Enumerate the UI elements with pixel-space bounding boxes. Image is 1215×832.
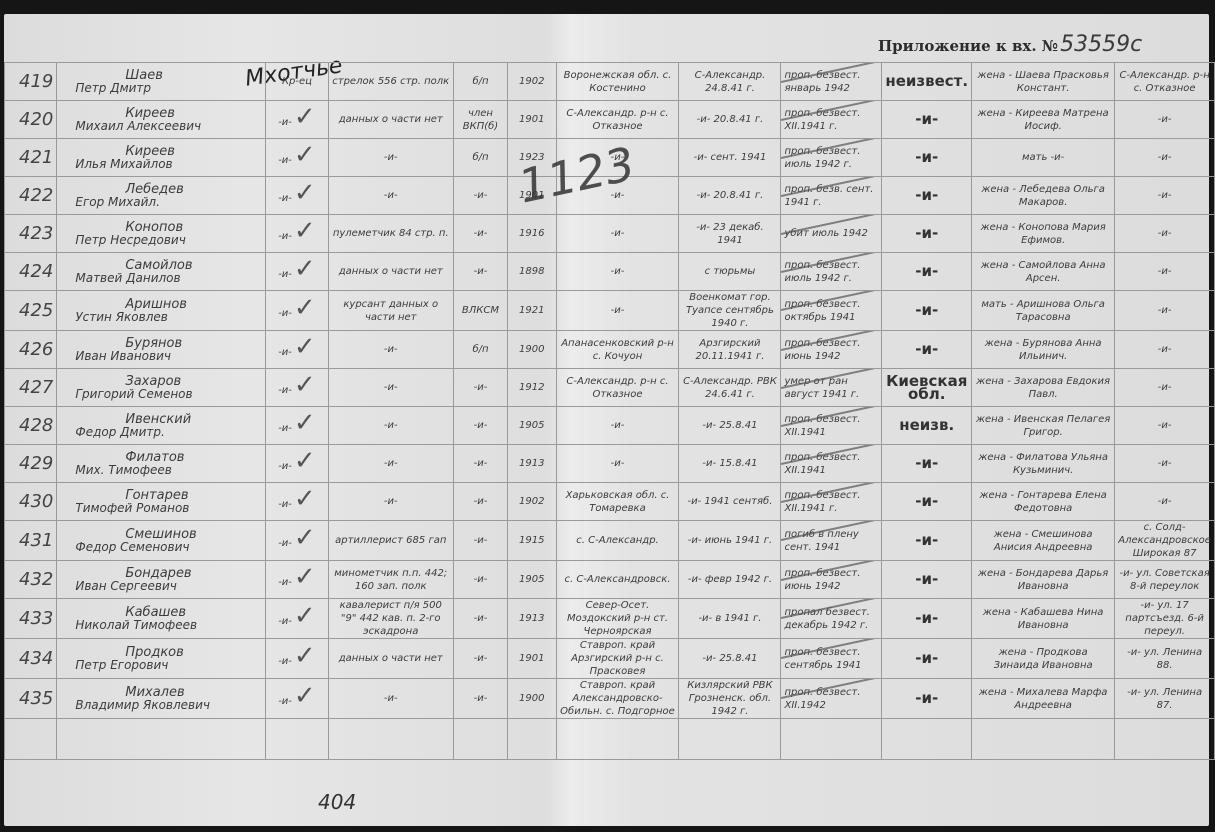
checkmark-icon: ✓ bbox=[294, 293, 316, 323]
note-cell: -и- bbox=[882, 679, 972, 719]
birth-year: 1901 bbox=[508, 639, 557, 679]
fate-cell: пропал безвест. декабрь 1942 г. bbox=[781, 599, 882, 639]
table-row: 433КабашевНиколай Тимофеев-и-✓кавалерист… bbox=[5, 599, 1215, 639]
unit-cell: артиллерист 685 гап bbox=[328, 521, 453, 561]
given-name: Григорий Семенов bbox=[75, 387, 192, 401]
table-row: 430ГонтаревТимофей Романов-и-✓-и--и-1902… bbox=[5, 483, 1215, 521]
note-cell: -и- bbox=[882, 639, 972, 679]
rank-cell: -и-✓ bbox=[266, 253, 328, 291]
rank-cell: -и-✓ bbox=[266, 639, 328, 679]
birthplace-cell: Север-Осет. Моздокский р-н ст. Черноярск… bbox=[556, 599, 679, 639]
soldier-name: СамойловМатвей Данилов bbox=[57, 253, 266, 291]
birth-year: 1905 bbox=[508, 561, 557, 599]
rank-cell: -и-✓ bbox=[266, 177, 328, 215]
fate-cell: погиб в плену сент. 1941 bbox=[781, 521, 882, 561]
birthplace-cell: Апанасенковский р-н с. Кочуон bbox=[556, 331, 679, 369]
empty-cell bbox=[972, 719, 1115, 760]
drafted-cell: -и- 25.8.41 bbox=[679, 407, 781, 445]
rank-text: -и- bbox=[278, 347, 292, 358]
checkmark-icon: ✓ bbox=[294, 562, 316, 592]
note-cell: -и- bbox=[882, 177, 972, 215]
empty-cell bbox=[882, 719, 972, 760]
birthplace-cell: -и- bbox=[556, 291, 679, 331]
soldier-name: ФилатовМих. Тимофеев bbox=[57, 445, 266, 483]
drafted-cell: -и- сент. 1941 bbox=[679, 139, 781, 177]
row-number: 427 bbox=[5, 369, 57, 407]
footer-number: 404 bbox=[318, 790, 356, 814]
row-number: 422 bbox=[5, 177, 57, 215]
party-cell: -и- bbox=[453, 639, 507, 679]
address-cell: -и- ул. Советская 8-й переулок bbox=[1115, 561, 1215, 599]
unit-cell: стрелок 556 стр. полк bbox=[328, 63, 453, 101]
address-cell: С-Александр. р-н с. Отказное bbox=[1115, 63, 1215, 101]
party-cell: -и- bbox=[453, 215, 507, 253]
checkmark-icon: ✓ bbox=[294, 446, 316, 476]
checkmark-icon: ✓ bbox=[294, 523, 316, 553]
birth-year: 1916 bbox=[508, 215, 557, 253]
drafted-cell: Кизлярский РВК Грозненск. обл. 1942 г. bbox=[679, 679, 781, 719]
relative-cell: жена - Филатова Ульяна Кузьминич. bbox=[972, 445, 1115, 483]
relative-cell: жена - Продкова Зинаида Ивановна bbox=[972, 639, 1115, 679]
checkmark-icon: ✓ bbox=[294, 254, 316, 284]
note-cell: -и- bbox=[882, 101, 972, 139]
relative-cell: жена - Киреева Матрена Иосиф. bbox=[972, 101, 1115, 139]
soldier-name: МихалевВладимир Яковлевич bbox=[57, 679, 266, 719]
party-cell: -и- bbox=[453, 369, 507, 407]
soldier-name: ЗахаровГригорий Семенов bbox=[57, 369, 266, 407]
rank-text: -и- bbox=[278, 423, 292, 434]
row-number: 428 bbox=[5, 407, 57, 445]
rank-text: -и- bbox=[278, 656, 292, 667]
unit-cell: -и- bbox=[328, 369, 453, 407]
empty-cell bbox=[57, 719, 266, 760]
checkmark-icon: ✓ bbox=[294, 102, 316, 132]
table-row: 432БондаревИван Сергеевич-и-✓минометчик … bbox=[5, 561, 1215, 599]
unit-cell: -и- bbox=[328, 679, 453, 719]
table-row: 419ШаевПетр ДмитрКр-ецстрелок 556 стр. п… bbox=[5, 63, 1215, 101]
unit-cell: -и- bbox=[328, 177, 453, 215]
rank-cell: -и-✓ bbox=[266, 215, 328, 253]
address-cell: с. Солд-Александровское Широкая 87 bbox=[1115, 521, 1215, 561]
row-number: 431 bbox=[5, 521, 57, 561]
unit-cell: -и- bbox=[328, 331, 453, 369]
rank-cell: -и-✓ bbox=[266, 483, 328, 521]
fate-cell: проп. безвест. XII.1941 г. bbox=[781, 101, 882, 139]
given-name: Иван Иванович bbox=[75, 349, 171, 363]
row-number: 421 bbox=[5, 139, 57, 177]
given-name: Илья Михайлов bbox=[75, 157, 172, 171]
fate-cell: проп. безвест. сентябрь 1941 bbox=[781, 639, 882, 679]
drafted-cell: Военкомат гор. Туапсе сентябрь 1940 г. bbox=[679, 291, 781, 331]
checkmark-icon: ✓ bbox=[294, 332, 316, 362]
party-cell: член ВКП(б) bbox=[453, 101, 507, 139]
given-name: Владимир Яковлевич bbox=[75, 698, 210, 712]
address-cell: -и- bbox=[1115, 291, 1215, 331]
note-cell: -и- bbox=[882, 253, 972, 291]
address-cell: -и- bbox=[1115, 253, 1215, 291]
empty-cell bbox=[679, 719, 781, 760]
rank-text: -и- bbox=[278, 231, 292, 242]
row-number: 423 bbox=[5, 215, 57, 253]
soldier-name: СмешиновФедор Семенович bbox=[57, 521, 266, 561]
relative-cell: жена - Лебедева Ольга Макаров. bbox=[972, 177, 1115, 215]
given-name: Петр Егорович bbox=[75, 658, 168, 672]
drafted-cell: С-Александр. 24.8.41 г. bbox=[679, 63, 781, 101]
empty-cell bbox=[453, 719, 507, 760]
drafted-cell: С-Александр. РВК 24.6.41 г. bbox=[679, 369, 781, 407]
drafted-cell: -и- февр 1942 г. bbox=[679, 561, 781, 599]
rank-text: -и- bbox=[278, 461, 292, 472]
fate-cell: проп. безвест. XII.1941 г. bbox=[781, 483, 882, 521]
address-cell: -и- bbox=[1115, 101, 1215, 139]
fate-cell: проп. безвест. июль 1942 г. bbox=[781, 139, 882, 177]
birth-year: 1902 bbox=[508, 483, 557, 521]
row-number: 425 bbox=[5, 291, 57, 331]
given-name: Петр Дмитр bbox=[75, 81, 151, 95]
drafted-cell: -и- 1941 сентяб. bbox=[679, 483, 781, 521]
rank-cell: -и-✓ bbox=[266, 139, 328, 177]
unit-cell: курсант данных о части нет bbox=[328, 291, 453, 331]
birth-year: 1898 bbox=[508, 253, 557, 291]
unit-cell: данных о части нет bbox=[328, 253, 453, 291]
fate-cell: проп. безвест. июнь 1942 bbox=[781, 561, 882, 599]
fate-cell: проп. безвест. XII.1942 bbox=[781, 679, 882, 719]
rank-text: -и- bbox=[278, 269, 292, 280]
soldier-name: ЛебедевЕгор Михайл. bbox=[57, 177, 266, 215]
birth-year: 1912 bbox=[508, 369, 557, 407]
checkmark-icon: ✓ bbox=[294, 601, 316, 631]
relative-cell: жена - Ивенская Пелагея Григор. bbox=[972, 407, 1115, 445]
rank-cell: -и-✓ bbox=[266, 331, 328, 369]
drafted-cell: Арзгирский 20.11.1941 г. bbox=[679, 331, 781, 369]
drafted-cell: -и- в 1941 г. bbox=[679, 599, 781, 639]
fate-cell: проп. безвест. октябрь 1941 bbox=[781, 291, 882, 331]
note-cell: -и- bbox=[882, 215, 972, 253]
birthplace-cell: Ставроп. край Александровско-Обильн. с. … bbox=[556, 679, 679, 719]
party-cell: -и- bbox=[453, 561, 507, 599]
given-name: Михаил Алексеевич bbox=[75, 119, 201, 133]
row-number: 424 bbox=[5, 253, 57, 291]
note-cell: -и- bbox=[882, 445, 972, 483]
address-cell: -и- bbox=[1115, 139, 1215, 177]
row-number: 419 bbox=[5, 63, 57, 101]
address-cell: -и- ул. Ленина 88. bbox=[1115, 639, 1215, 679]
empty-cell bbox=[328, 719, 453, 760]
party-cell: -и- bbox=[453, 483, 507, 521]
birth-year: 1900 bbox=[508, 679, 557, 719]
rank-text: -и- bbox=[278, 155, 292, 166]
birthplace-cell: -и- bbox=[556, 253, 679, 291]
unit-cell: кавалерист п/я 500 "9" 442 кав. п. 2-го … bbox=[328, 599, 453, 639]
unit-cell: -и- bbox=[328, 445, 453, 483]
party-cell: -и- bbox=[453, 599, 507, 639]
given-name: Матвей Данилов bbox=[75, 271, 180, 285]
soldier-name: КоноповПетр Несредович bbox=[57, 215, 266, 253]
drafted-cell: -и- 15.8.41 bbox=[679, 445, 781, 483]
given-name: Егор Михайл. bbox=[75, 195, 160, 209]
document-header: Приложение к вх. №53559с bbox=[878, 32, 1142, 57]
empty-cell bbox=[266, 719, 328, 760]
drafted-cell: -и- 23 декаб. 1941 bbox=[679, 215, 781, 253]
table-row: 425АришновУстин Яковлев-и-✓курсант данны… bbox=[5, 291, 1215, 331]
address-cell: -и- bbox=[1115, 445, 1215, 483]
fate-cell: проп. безв. сент. 1941 г. bbox=[781, 177, 882, 215]
given-name: Федор Дмитр. bbox=[75, 425, 164, 439]
relative-cell: жена - Бурянова Анна Ильинич. bbox=[972, 331, 1115, 369]
checkmark-icon: ✓ bbox=[294, 681, 316, 711]
soldier-name: КиреевМихаил Алексеевич bbox=[57, 101, 266, 139]
rank-cell: -и-✓ bbox=[266, 101, 328, 139]
given-name: Мих. Тимофеев bbox=[75, 463, 172, 477]
rank-cell: -и-✓ bbox=[266, 369, 328, 407]
table-row: 427ЗахаровГригорий Семенов-и-✓-и--и-1912… bbox=[5, 369, 1215, 407]
rank-cell: -и-✓ bbox=[266, 291, 328, 331]
birthplace-cell: Воронежская обл. с. Костенино bbox=[556, 63, 679, 101]
row-number: 433 bbox=[5, 599, 57, 639]
soldier-name: ГонтаревТимофей Романов bbox=[57, 483, 266, 521]
table-row: 435МихалевВладимир Яковлевич-и-✓-и--и-19… bbox=[5, 679, 1215, 719]
empty-cell bbox=[1115, 719, 1215, 760]
relative-cell: жена - Гонтарева Елена Федотовна bbox=[972, 483, 1115, 521]
given-name: Петр Несредович bbox=[75, 233, 185, 247]
fate-cell: проп. безвест. XII.1941 bbox=[781, 407, 882, 445]
unit-cell: данных о части нет bbox=[328, 101, 453, 139]
birthplace-cell: Харьковская обл. с. Томаревка bbox=[556, 483, 679, 521]
relative-cell: мать -и- bbox=[972, 139, 1115, 177]
row-number: 432 bbox=[5, 561, 57, 599]
drafted-cell: -и- 20.8.41 г. bbox=[679, 177, 781, 215]
checkmark-icon: ✓ bbox=[294, 178, 316, 208]
note-cell: -и- bbox=[882, 331, 972, 369]
address-cell: -и- bbox=[1115, 407, 1215, 445]
soldier-name: БуряновИван Иванович bbox=[57, 331, 266, 369]
party-cell: -и- bbox=[453, 407, 507, 445]
unit-cell: -и- bbox=[328, 407, 453, 445]
rank-text: -и- bbox=[278, 117, 292, 128]
note-cell: -и- bbox=[882, 483, 972, 521]
birthplace-cell: -и- bbox=[556, 407, 679, 445]
relative-cell: жена - Самойлова Анна Арсен. bbox=[972, 253, 1115, 291]
fate-text: пропал безвест. декабрь 1942 г. bbox=[784, 607, 869, 631]
unit-cell: -и- bbox=[328, 139, 453, 177]
rank-text: -и- bbox=[278, 538, 292, 549]
relative-cell: мать - Аришнова Ольга Тарасовна bbox=[972, 291, 1115, 331]
empty-cell bbox=[556, 719, 679, 760]
row-number: 430 bbox=[5, 483, 57, 521]
soldier-name: АришновУстин Яковлев bbox=[57, 291, 266, 331]
row-number: 420 bbox=[5, 101, 57, 139]
row-number: 435 bbox=[5, 679, 57, 719]
party-cell: б/п bbox=[453, 139, 507, 177]
relative-cell: жена - Захарова Евдокия Павл. bbox=[972, 369, 1115, 407]
drafted-cell: -и- 25.8.41 bbox=[679, 639, 781, 679]
soldier-name: ШаевПетр Дмитр bbox=[57, 63, 266, 101]
checkmark-icon: ✓ bbox=[294, 484, 316, 514]
given-name: Федор Семенович bbox=[75, 540, 189, 554]
table-row: 431СмешиновФедор Семенович-и-✓артиллерис… bbox=[5, 521, 1215, 561]
table-row: 428ИвенскийФедор Дмитр.-и-✓-и--и-1905-и-… bbox=[5, 407, 1215, 445]
checkmark-icon: ✓ bbox=[294, 408, 316, 438]
address-cell: -и- ул. Ленина 87. bbox=[1115, 679, 1215, 719]
note-cell: Киевская обл. bbox=[882, 369, 972, 407]
table-row: 423КоноповПетр Несредович-и-✓пулеметчик … bbox=[5, 215, 1215, 253]
empty-cell bbox=[5, 719, 57, 760]
birthplace-cell: Ставроп. край Арзгирский р-н с. Праскове… bbox=[556, 639, 679, 679]
rank-cell: -и-✓ bbox=[266, 445, 328, 483]
party-cell: ВЛКСМ bbox=[453, 291, 507, 331]
address-cell: -и- ул. 17 партсъезд. 6-й переул. bbox=[1115, 599, 1215, 639]
header-label: Приложение к вх. № bbox=[878, 37, 1058, 55]
soldier-name: КиреевИлья Михайлов bbox=[57, 139, 266, 177]
rank-cell: -и-✓ bbox=[266, 407, 328, 445]
relative-cell: жена - Михалева Марфа Андреевна bbox=[972, 679, 1115, 719]
checkmark-icon: ✓ bbox=[294, 140, 316, 170]
party-cell: -и- bbox=[453, 177, 507, 215]
birth-year: 1902 bbox=[508, 63, 557, 101]
empty-cell bbox=[781, 719, 882, 760]
birthplace-cell: С-Александр. р-н с. Отказное bbox=[556, 369, 679, 407]
note-cell: неизв. bbox=[882, 407, 972, 445]
rank-text: Кр-ец bbox=[282, 76, 312, 87]
fate-cell: проп. безвест. XII.1941 bbox=[781, 445, 882, 483]
party-cell: -и- bbox=[453, 679, 507, 719]
address-cell: -и- bbox=[1115, 483, 1215, 521]
given-name: Устин Яковлев bbox=[75, 310, 167, 324]
fate-cell: умер от ран август 1941 г. bbox=[781, 369, 882, 407]
rank-text: -и- bbox=[278, 499, 292, 510]
address-cell: -и- bbox=[1115, 215, 1215, 253]
party-cell: б/п bbox=[453, 63, 507, 101]
given-name: Николай Тимофеев bbox=[75, 618, 197, 632]
note-cell: -и- bbox=[882, 561, 972, 599]
table-row: 420КиреевМихаил Алексеевич-и-✓данных о ч… bbox=[5, 101, 1215, 139]
birth-year: 1901 bbox=[508, 101, 557, 139]
fate-text: проп. безв. сент. 1941 г. bbox=[784, 184, 873, 208]
note-cell: -и- bbox=[882, 599, 972, 639]
fate-cell: проп. безвест. июнь 1942 bbox=[781, 331, 882, 369]
rank-text: -и- bbox=[278, 385, 292, 396]
soldier-name: БондаревИван Сергеевич bbox=[57, 561, 266, 599]
rank-text: -и- bbox=[278, 193, 292, 204]
birthplace-cell: с. С-Александр. bbox=[556, 521, 679, 561]
rank-text: -и- bbox=[278, 308, 292, 319]
relative-cell: жена - Бондарева Дарья Ивановна bbox=[972, 561, 1115, 599]
drafted-cell: -и- июнь 1941 г. bbox=[679, 521, 781, 561]
note-cell: -и- bbox=[882, 291, 972, 331]
header-number: 53559с bbox=[1060, 32, 1142, 57]
table-row: 426БуряновИван Иванович-и-✓-и-б/п1900Апа… bbox=[5, 331, 1215, 369]
birth-year: 1905 bbox=[508, 407, 557, 445]
birthplace-cell: -и- bbox=[556, 215, 679, 253]
fate-cell: проп. безвест. январь 1942 bbox=[781, 63, 882, 101]
rank-cell: -и-✓ bbox=[266, 561, 328, 599]
rank-text: -и- bbox=[278, 577, 292, 588]
table-row: 424СамойловМатвей Данилов-и-✓данных о ча… bbox=[5, 253, 1215, 291]
rank-cell: -и-✓ bbox=[266, 679, 328, 719]
fate-cell: убит июль 1942 bbox=[781, 215, 882, 253]
birth-year: 1900 bbox=[508, 331, 557, 369]
unit-cell: -и- bbox=[328, 483, 453, 521]
relative-cell: жена - Шаева Прасковья Констант. bbox=[972, 63, 1115, 101]
drafted-cell: с тюрьмы bbox=[679, 253, 781, 291]
checkmark-icon: ✓ bbox=[294, 641, 316, 671]
party-cell: -и- bbox=[453, 445, 507, 483]
checkmark-icon: ✓ bbox=[294, 216, 316, 246]
birthplace-cell: с. С-Александровск. bbox=[556, 561, 679, 599]
rank-cell: Кр-ец bbox=[266, 63, 328, 101]
table-row: 434ПродковПетр Егорович-и-✓данных о част… bbox=[5, 639, 1215, 679]
relative-cell: жена - Конопова Мария Ефимов. bbox=[972, 215, 1115, 253]
given-name: Иван Сергеевич bbox=[75, 579, 176, 593]
address-cell: -и- bbox=[1115, 331, 1215, 369]
row-number: 426 bbox=[5, 331, 57, 369]
birth-year: 1913 bbox=[508, 445, 557, 483]
empty-row bbox=[5, 719, 1215, 760]
party-cell: -и- bbox=[453, 521, 507, 561]
note-cell: неизвест. bbox=[882, 63, 972, 101]
relative-cell: жена - Кабашева Нина Ивановна bbox=[972, 599, 1115, 639]
note-cell: -и- bbox=[882, 139, 972, 177]
soldier-name: ИвенскийФедор Дмитр. bbox=[57, 407, 266, 445]
table-row: 429ФилатовМих. Тимофеев-и-✓-и--и-1913-и-… bbox=[5, 445, 1215, 483]
given-name: Тимофей Романов bbox=[75, 501, 189, 515]
rank-text: -и- bbox=[278, 616, 292, 627]
birthplace-cell: С-Александр. р-н с. Отказное bbox=[556, 101, 679, 139]
row-number: 429 bbox=[5, 445, 57, 483]
checkmark-icon: ✓ bbox=[294, 370, 316, 400]
unit-cell: минометчик п.п. 442; 160 зап. полк bbox=[328, 561, 453, 599]
relative-cell: жена - Смешинова Анисия Андреевна bbox=[972, 521, 1115, 561]
unit-cell: пулеметчик 84 стр. п. bbox=[328, 215, 453, 253]
note-cell: -и- bbox=[882, 521, 972, 561]
party-cell: -и- bbox=[453, 253, 507, 291]
soldier-name: КабашевНиколай Тимофеев bbox=[57, 599, 266, 639]
row-number: 434 bbox=[5, 639, 57, 679]
rank-cell: -и-✓ bbox=[266, 599, 328, 639]
drafted-cell: -и- 20.8.41 г. bbox=[679, 101, 781, 139]
empty-cell bbox=[508, 719, 557, 760]
birth-year: 1915 bbox=[508, 521, 557, 561]
address-cell: -и- bbox=[1115, 369, 1215, 407]
address-cell: -и- bbox=[1115, 177, 1215, 215]
rank-cell: -и-✓ bbox=[266, 521, 328, 561]
birth-year: 1913 bbox=[508, 599, 557, 639]
rank-text: -и- bbox=[278, 696, 292, 707]
soldier-name: ПродковПетр Егорович bbox=[57, 639, 266, 679]
birthplace-cell: -и- bbox=[556, 445, 679, 483]
fate-cell: проп. безвест. июль 1942 г. bbox=[781, 253, 882, 291]
birth-year: 1921 bbox=[508, 291, 557, 331]
unit-cell: данных о части нет bbox=[328, 639, 453, 679]
party-cell: б/п bbox=[453, 331, 507, 369]
